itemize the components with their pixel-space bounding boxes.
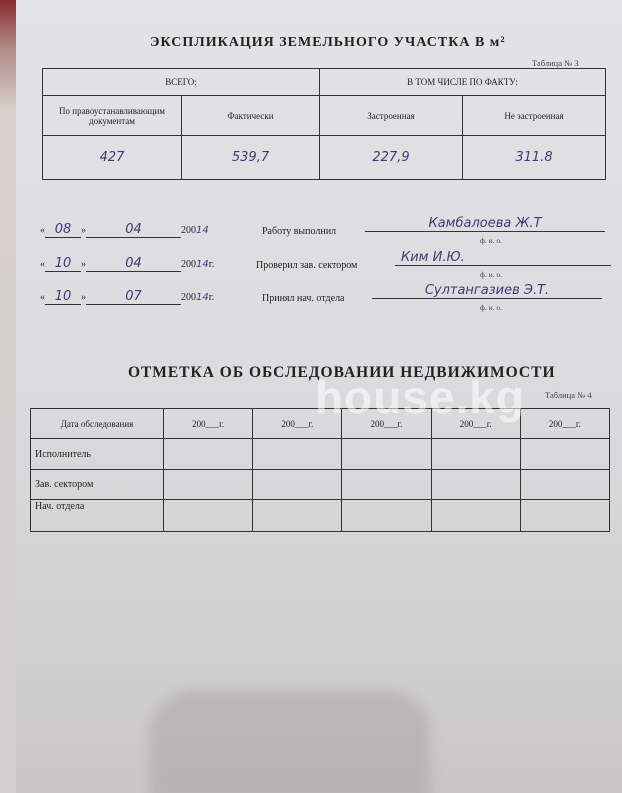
table3-title: ЭКСПЛИКАЦИЯ ЗЕМЕЛЬНОГО УЧАСТКА В м² [150, 35, 506, 51]
table4-date-5: 200___г. [520, 409, 609, 439]
watermark: house.kg [315, 370, 525, 424]
table3-col-fact: Фактически [182, 96, 320, 136]
table3-col-built: Застроенная [320, 96, 463, 136]
table3: ВСЕГО: В ТОМ ЧИСЛЕ ПО ФАКТУ: По правоуст… [42, 68, 606, 180]
signature-name-1: Камбалоева Ж.Т [365, 216, 605, 232]
table4-date-1: 200___г. [164, 409, 253, 439]
signature-role-3: Принял нач. отдела [262, 293, 345, 304]
signature-role-1: Работу выполнил [262, 226, 336, 237]
hand-shadow [150, 690, 430, 793]
signature-date-1: «08»0420014 [40, 222, 209, 238]
table3-col-unbuilt: Не застроенная [463, 96, 606, 136]
table4-header-label: Дата обследования [31, 409, 164, 439]
table3-value-fact: 539,7 [182, 136, 320, 180]
table3-value-docs: 427 [43, 136, 182, 180]
fio-caption-2: ф. и. о. [480, 270, 502, 279]
signature-name-3: Султангазиев Э.Т. [372, 283, 602, 299]
table3-group-total: ВСЕГО: [43, 69, 320, 96]
fio-caption-1: ф. и. о. [480, 236, 502, 245]
table4-row-dept-head: Нач. отдела [31, 500, 164, 532]
table4-row-sector-head: Зав. сектором [31, 470, 164, 500]
folder-edge [0, 0, 16, 793]
table4: Дата обследования 200___г. 200___г. 200_… [30, 408, 610, 532]
table3-number: Таблица № 3 [532, 58, 579, 68]
signature-name-2: Ким И.Ю. [395, 250, 611, 266]
table3-group-fact: В ТОМ ЧИСЛЕ ПО ФАКТУ: [320, 69, 606, 96]
signature-role-2: Проверил зав. сектором [256, 260, 357, 271]
table4-row-executor: Исполнитель [31, 439, 164, 470]
table3-value-unbuilt: 311.8 [463, 136, 606, 180]
table3-col-docs: По правоустанавливающим документам [43, 96, 182, 136]
table3-value-built: 227,9 [320, 136, 463, 180]
signature-date-2: «10»0420014г. [40, 256, 214, 272]
table4-number: Таблица № 4 [545, 390, 592, 400]
signature-date-3: «10»0720014г. [40, 289, 214, 305]
fio-caption-3: ф. и. о. [480, 303, 502, 312]
